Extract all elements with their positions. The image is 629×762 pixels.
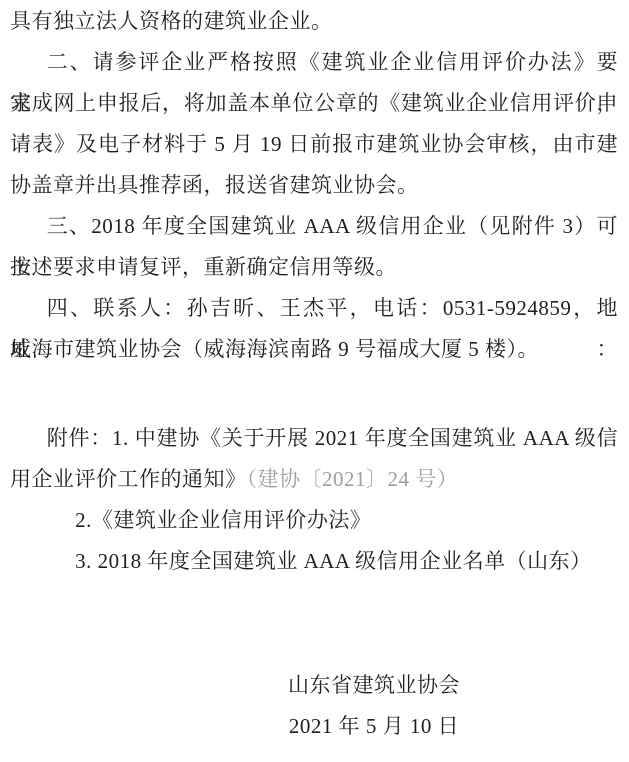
attachment-1-title: 用企业评价工作的通知》 — [10, 467, 247, 491]
doc-line: 协盖章并出具推荐函，报送省建筑业协会。 — [10, 165, 618, 206]
doc-line-attachment-3: 3. 2018 年度全国建筑业 AAA 级信用企业名单（山东） — [10, 541, 618, 582]
doc-line-item-3: 三、2018 年度全国建筑业 AAA 级信用企业（见附件 3）可按 — [10, 206, 618, 247]
attachment-1-doc-number: （建协〔2021〕24 号） — [247, 467, 459, 491]
document-page: 具有独立法人资格的建筑业企业。 二、请参评企业严格按照《建筑业企业信用评价办法》… — [0, 0, 629, 762]
signature-date: 2021 年 5 月 10 日 — [10, 706, 618, 747]
doc-line-attachment-1: 用企业评价工作的通知》（建协〔2021〕24 号） — [10, 459, 618, 500]
doc-line: 完成网上申报后，将加盖本单位公章的《建筑业企业信用评价申 — [10, 83, 618, 124]
doc-line: 具有独立法人资格的建筑业企业。 — [10, 1, 618, 42]
signature-org: 山东省建筑业协会 — [10, 665, 618, 706]
paragraph-gap — [10, 370, 618, 418]
doc-line: 请表》及电子材料于 5 月 19 日前报市建筑业协会审核，由市建 — [10, 124, 618, 165]
doc-line-address: 威海市建筑业协会（威海海滨南路 9 号福成大厦 5 楼）。 — [10, 329, 618, 370]
doc-line-item-4-contacts: 四、联系人：孙吉昕、王杰平，电话：0531-5924859，地址： — [10, 288, 618, 329]
doc-line-attachments-start: 附件：1. 中建协《关于开展 2021 年度全国建筑业 AAA 级信 — [10, 418, 618, 459]
doc-line-attachment-2: 2.《建筑业企业信用评价办法》 — [10, 500, 618, 541]
signature-gap — [10, 582, 618, 665]
doc-line-item-2: 二、请参评企业严格按照《建筑业企业信用评价办法》要求， — [10, 42, 618, 83]
doc-line: 上述要求申请复评，重新确定信用等级。 — [10, 247, 618, 288]
